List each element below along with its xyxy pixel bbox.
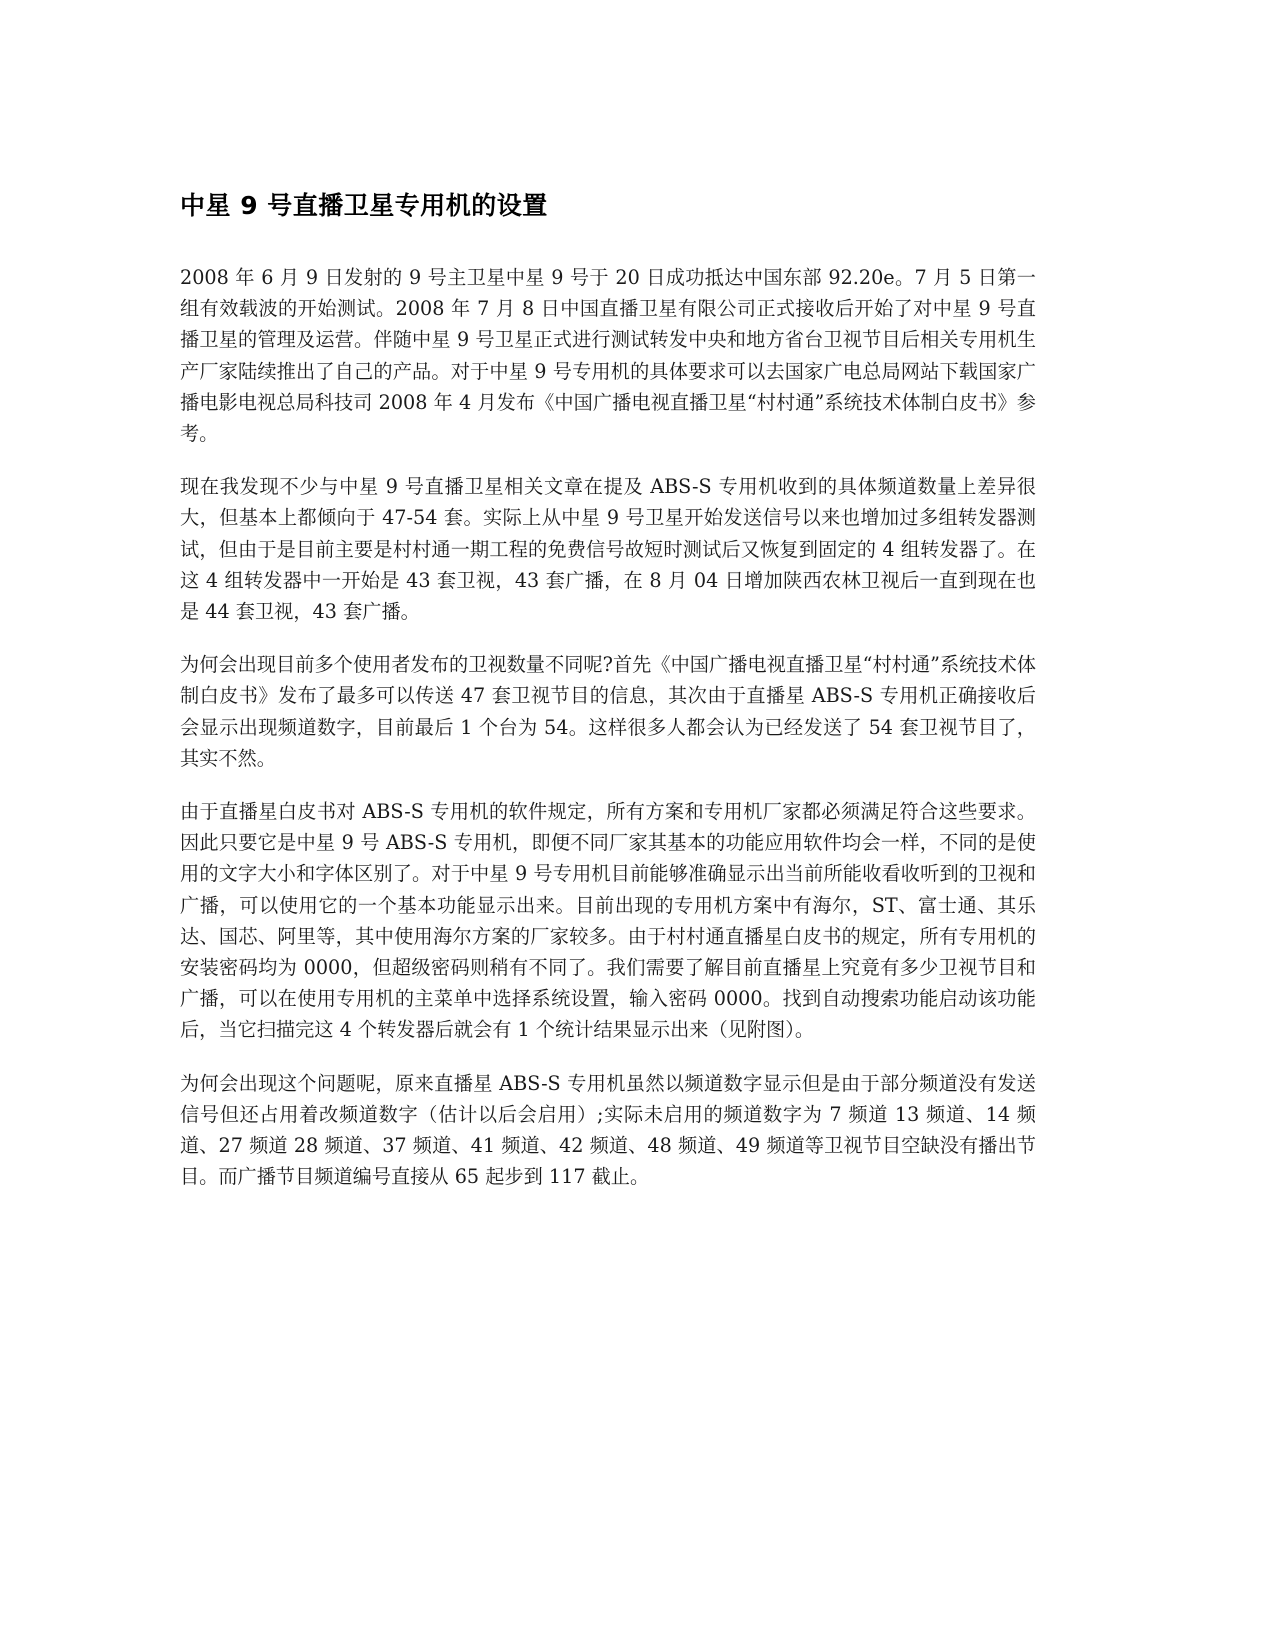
document-page: 中星 9 号直播卫星专用机的设置 2008 年 6 月 9 日发射的 9 号主卫… xyxy=(180,190,1036,1214)
paragraph-unused-channels: 为何会出现这个问题呢，原来直播星 ABS-S 专用机虽然以频道数字显示但是由于部… xyxy=(180,1068,1036,1193)
paragraph-channel-count: 现在我发现不少与中星 9 号直播卫星相关文章在提及 ABS-S 专用机收到的具体… xyxy=(180,471,1036,627)
paragraph-launch-history: 2008 年 6 月 9 日发射的 9 号主卫星中星 9 号于 20 日成功抵达… xyxy=(180,262,1036,449)
paragraph-count-discrepancy: 为何会出现目前多个使用者发布的卫视数量不同呢?首先《中国广播电视直播卫星“村村通… xyxy=(180,649,1036,774)
document-title: 中星 9 号直播卫星专用机的设置 xyxy=(180,190,1036,222)
paragraph-receiver-software: 由于直播星白皮书对 ABS-S 专用机的软件规定，所有方案和专用机厂家都必须满足… xyxy=(180,796,1036,1046)
